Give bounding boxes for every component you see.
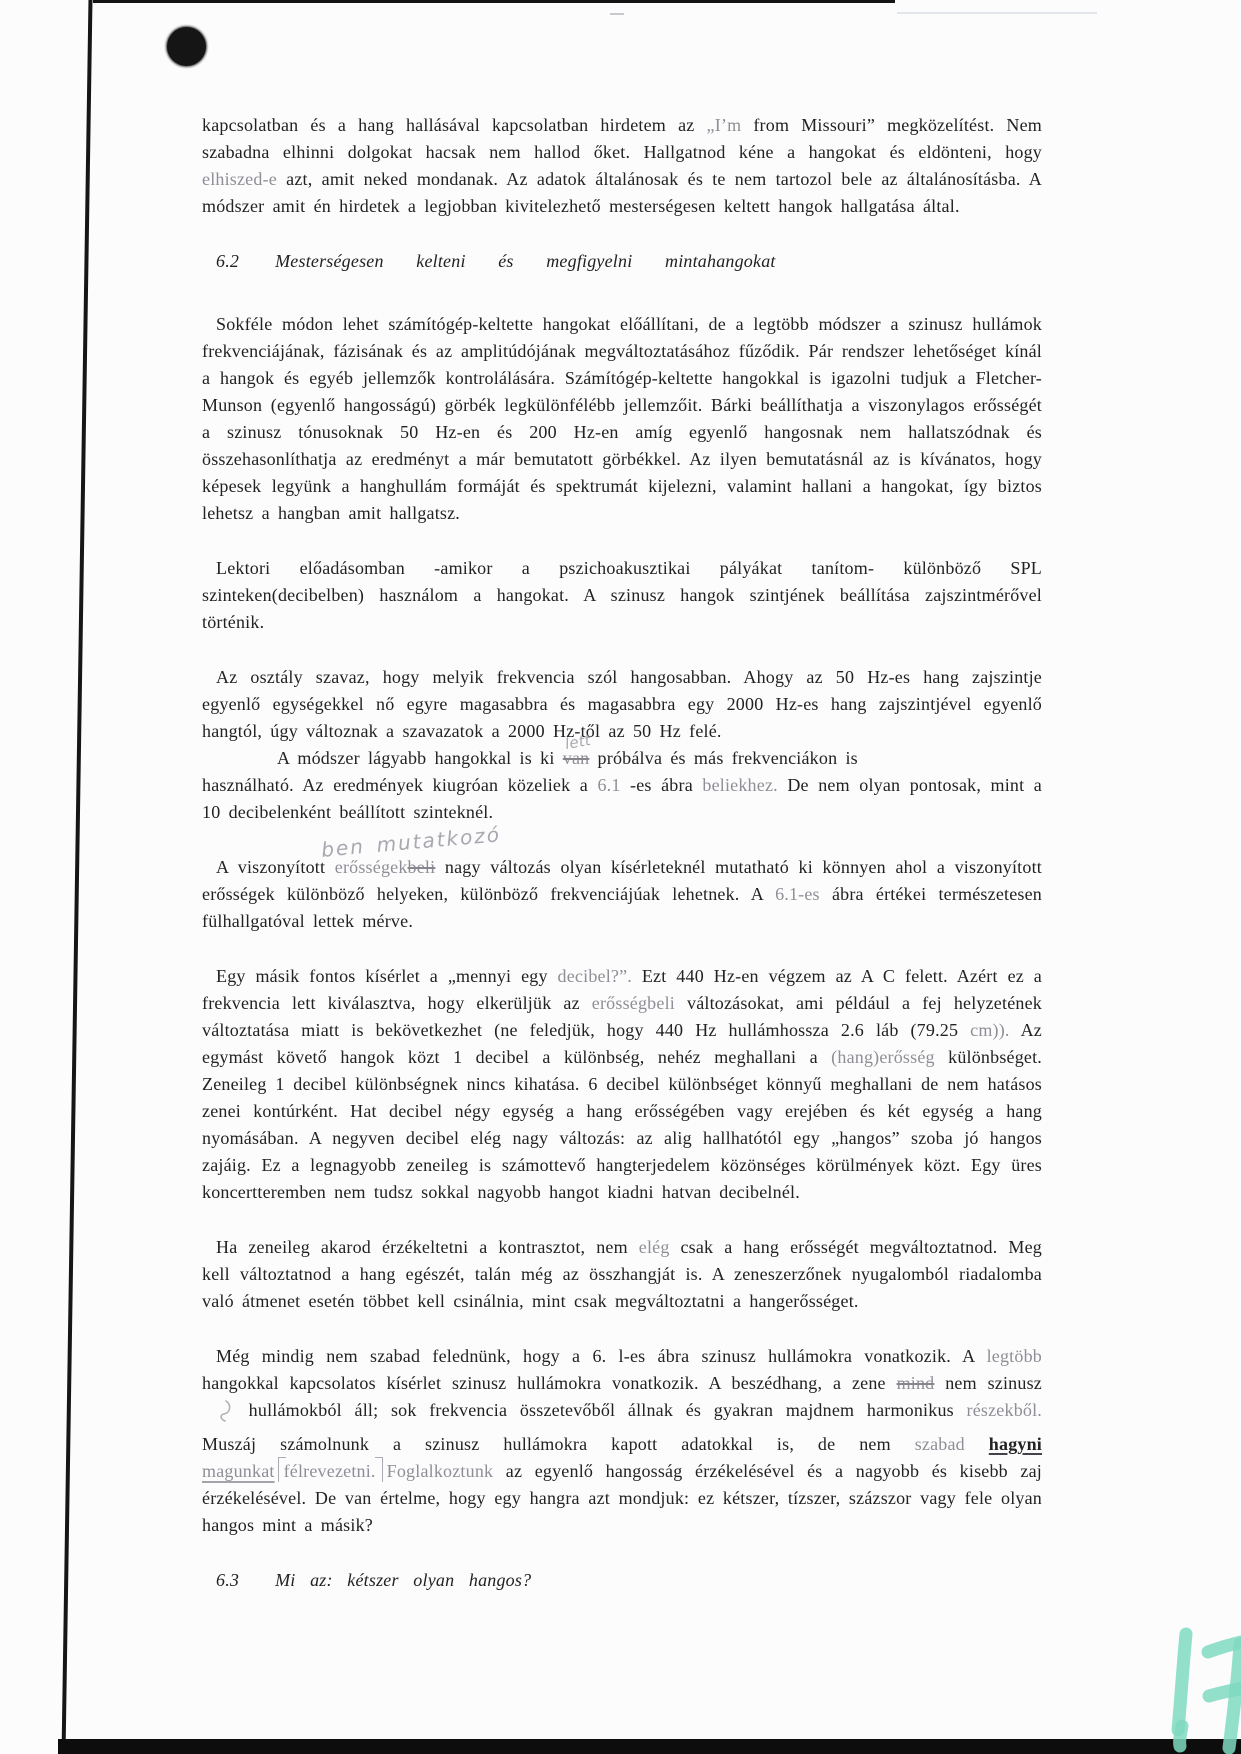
paragraph-softer-sounds: A módszer lágyabb hangokkal is ki lettva… [202, 745, 1042, 826]
digit-1-stroke [1178, 1634, 1186, 1730]
text-segment: A viszonyított [216, 857, 335, 877]
paragraph-sine-waves-warning: Még mindig nem szabad felednünk, hogy a … [202, 1343, 1042, 1539]
text-segment: Egy másik fontos kísérlet a „mennyi egy [216, 966, 558, 986]
text-segment: hullámokból áll; sok frekvencia összetev… [236, 1400, 967, 1420]
text-segment: különbséget. Zeneileg 1 decibel különbsé… [202, 1047, 1042, 1202]
top-scan-line-faint [897, 12, 1097, 14]
faded-word: erősségek [335, 857, 408, 877]
section-number: 6.2 [216, 248, 239, 275]
corrected-word: lettvan [563, 748, 590, 768]
text-segment: nem szinusz [934, 1373, 1042, 1393]
faded-word: cm)). [970, 1020, 1009, 1040]
text-segment: kapcsolatban és a hang hallásával kapcso… [202, 115, 707, 135]
faded-word: „I’m [707, 115, 742, 135]
bottom-scan-bar [58, 1739, 1241, 1754]
text-segment: Még mindig nem szabad felednünk, hogy a … [216, 1346, 987, 1366]
paragraph-class-vote: Az osztály szavaz, hogy melyik frekvenci… [202, 664, 1042, 745]
transposition-mark [204, 1399, 234, 1431]
faded-word: elhiszed-e [202, 169, 277, 189]
text-segment: Ha zeneileg akarod érzékeltetni a kontra… [216, 1237, 639, 1257]
faded-word: 6.1 [597, 775, 620, 795]
faded-word: Foglalkoztunk [387, 1461, 494, 1481]
top-scan-dash [610, 13, 624, 15]
page-edge-scan-line [61, 0, 92, 1754]
section-number: 6.3 [216, 1567, 239, 1594]
paragraph-musical-contrast: Ha zeneileg akarod érzékeltetni a kontra… [202, 1234, 1042, 1315]
section-heading-6-3: 6.3Mi az: kétszer olyan hangos? [202, 1567, 1042, 1594]
digit-7-crossbar-stroke [1209, 1687, 1241, 1696]
text-segment: A módszer lágyabb hangokkal is ki [277, 748, 563, 768]
text-segment: hangokkal kapcsolatos kísérlet szinusz [202, 1373, 517, 1393]
paragraph-lecture-spl: Lektori előadásomban -amikor a pszichoak… [202, 555, 1042, 636]
text-segment: hullámokra vonatkozik. A beszédhang, a z… [517, 1373, 896, 1393]
top-scan-line [93, 0, 895, 3]
faded-word: legtöbb [987, 1346, 1042, 1366]
digit-1-foot-stroke [1180, 1726, 1182, 1746]
text-segment: használható. Az eredmények kiugróan köze… [202, 775, 597, 795]
bracketed-word: félrevezetni. [280, 1461, 380, 1481]
faded-word: szabad [915, 1434, 989, 1454]
text-segment: azt, amit neked mondanak. Az adatok álta… [202, 169, 1042, 216]
text-segment: Sokféle módon lehet számítógép-keltette … [202, 314, 1042, 523]
paragraph-relative-levels: A viszonyított ben mutatkozóerősségekbel… [202, 854, 1042, 935]
faded-word: 6.1-es [775, 884, 820, 904]
faded-word-struck: mind [897, 1373, 935, 1393]
paragraph-computer-sounds: Sokféle módon lehet számítógép-keltette … [202, 311, 1042, 527]
corrected-word: ben mutatkozóerősségekbeli [335, 857, 436, 877]
faded-word: beliekhez. [702, 775, 777, 795]
faded-word-struck: beli [408, 857, 436, 877]
text-segment: -es ábra [621, 775, 703, 795]
faded-word: (hang)erősség [831, 1047, 935, 1067]
text-segment: Az osztály szavaz, hogy melyik frekvenci… [202, 667, 1042, 741]
faded-word: elég [639, 1237, 670, 1257]
text-segment: Muszáj számolnunk a szinusz hullámokra k… [202, 1434, 915, 1454]
section-title: Mesterségesen kelteni és megfigyelni min… [275, 251, 776, 271]
faded-word: van [563, 748, 590, 768]
faded-underlined-word: magunkat [202, 1461, 275, 1481]
section-heading-6-2: 6.2Mesterségesen kelteni és megfigyelni … [202, 248, 1042, 275]
paragraph-decibel-experiment: Egy másik fontos kísérlet a „mennyi egy … [202, 963, 1042, 1206]
underlined-word: hagyni [989, 1434, 1042, 1454]
text-segment: próbálva és más frekvenciákon is [589, 748, 858, 768]
faded-word: részekből. [967, 1400, 1042, 1420]
page-content: kapcsolatban és a hang hallásával kapcso… [202, 112, 1042, 1594]
section-title: Mi az: kétszer olyan hangos? [275, 1570, 531, 1590]
hole-punch-mark [167, 27, 206, 66]
paragraph-missouri: kapcsolatban és a hang hallásával kapcso… [202, 112, 1042, 220]
text-segment: Lektori előadásomban -amikor a pszichoak… [202, 558, 1042, 632]
faded-word: decibel?”. [558, 966, 632, 986]
faded-word: erősségbeli [592, 993, 675, 1013]
page-number-handwritten [1152, 1598, 1241, 1754]
